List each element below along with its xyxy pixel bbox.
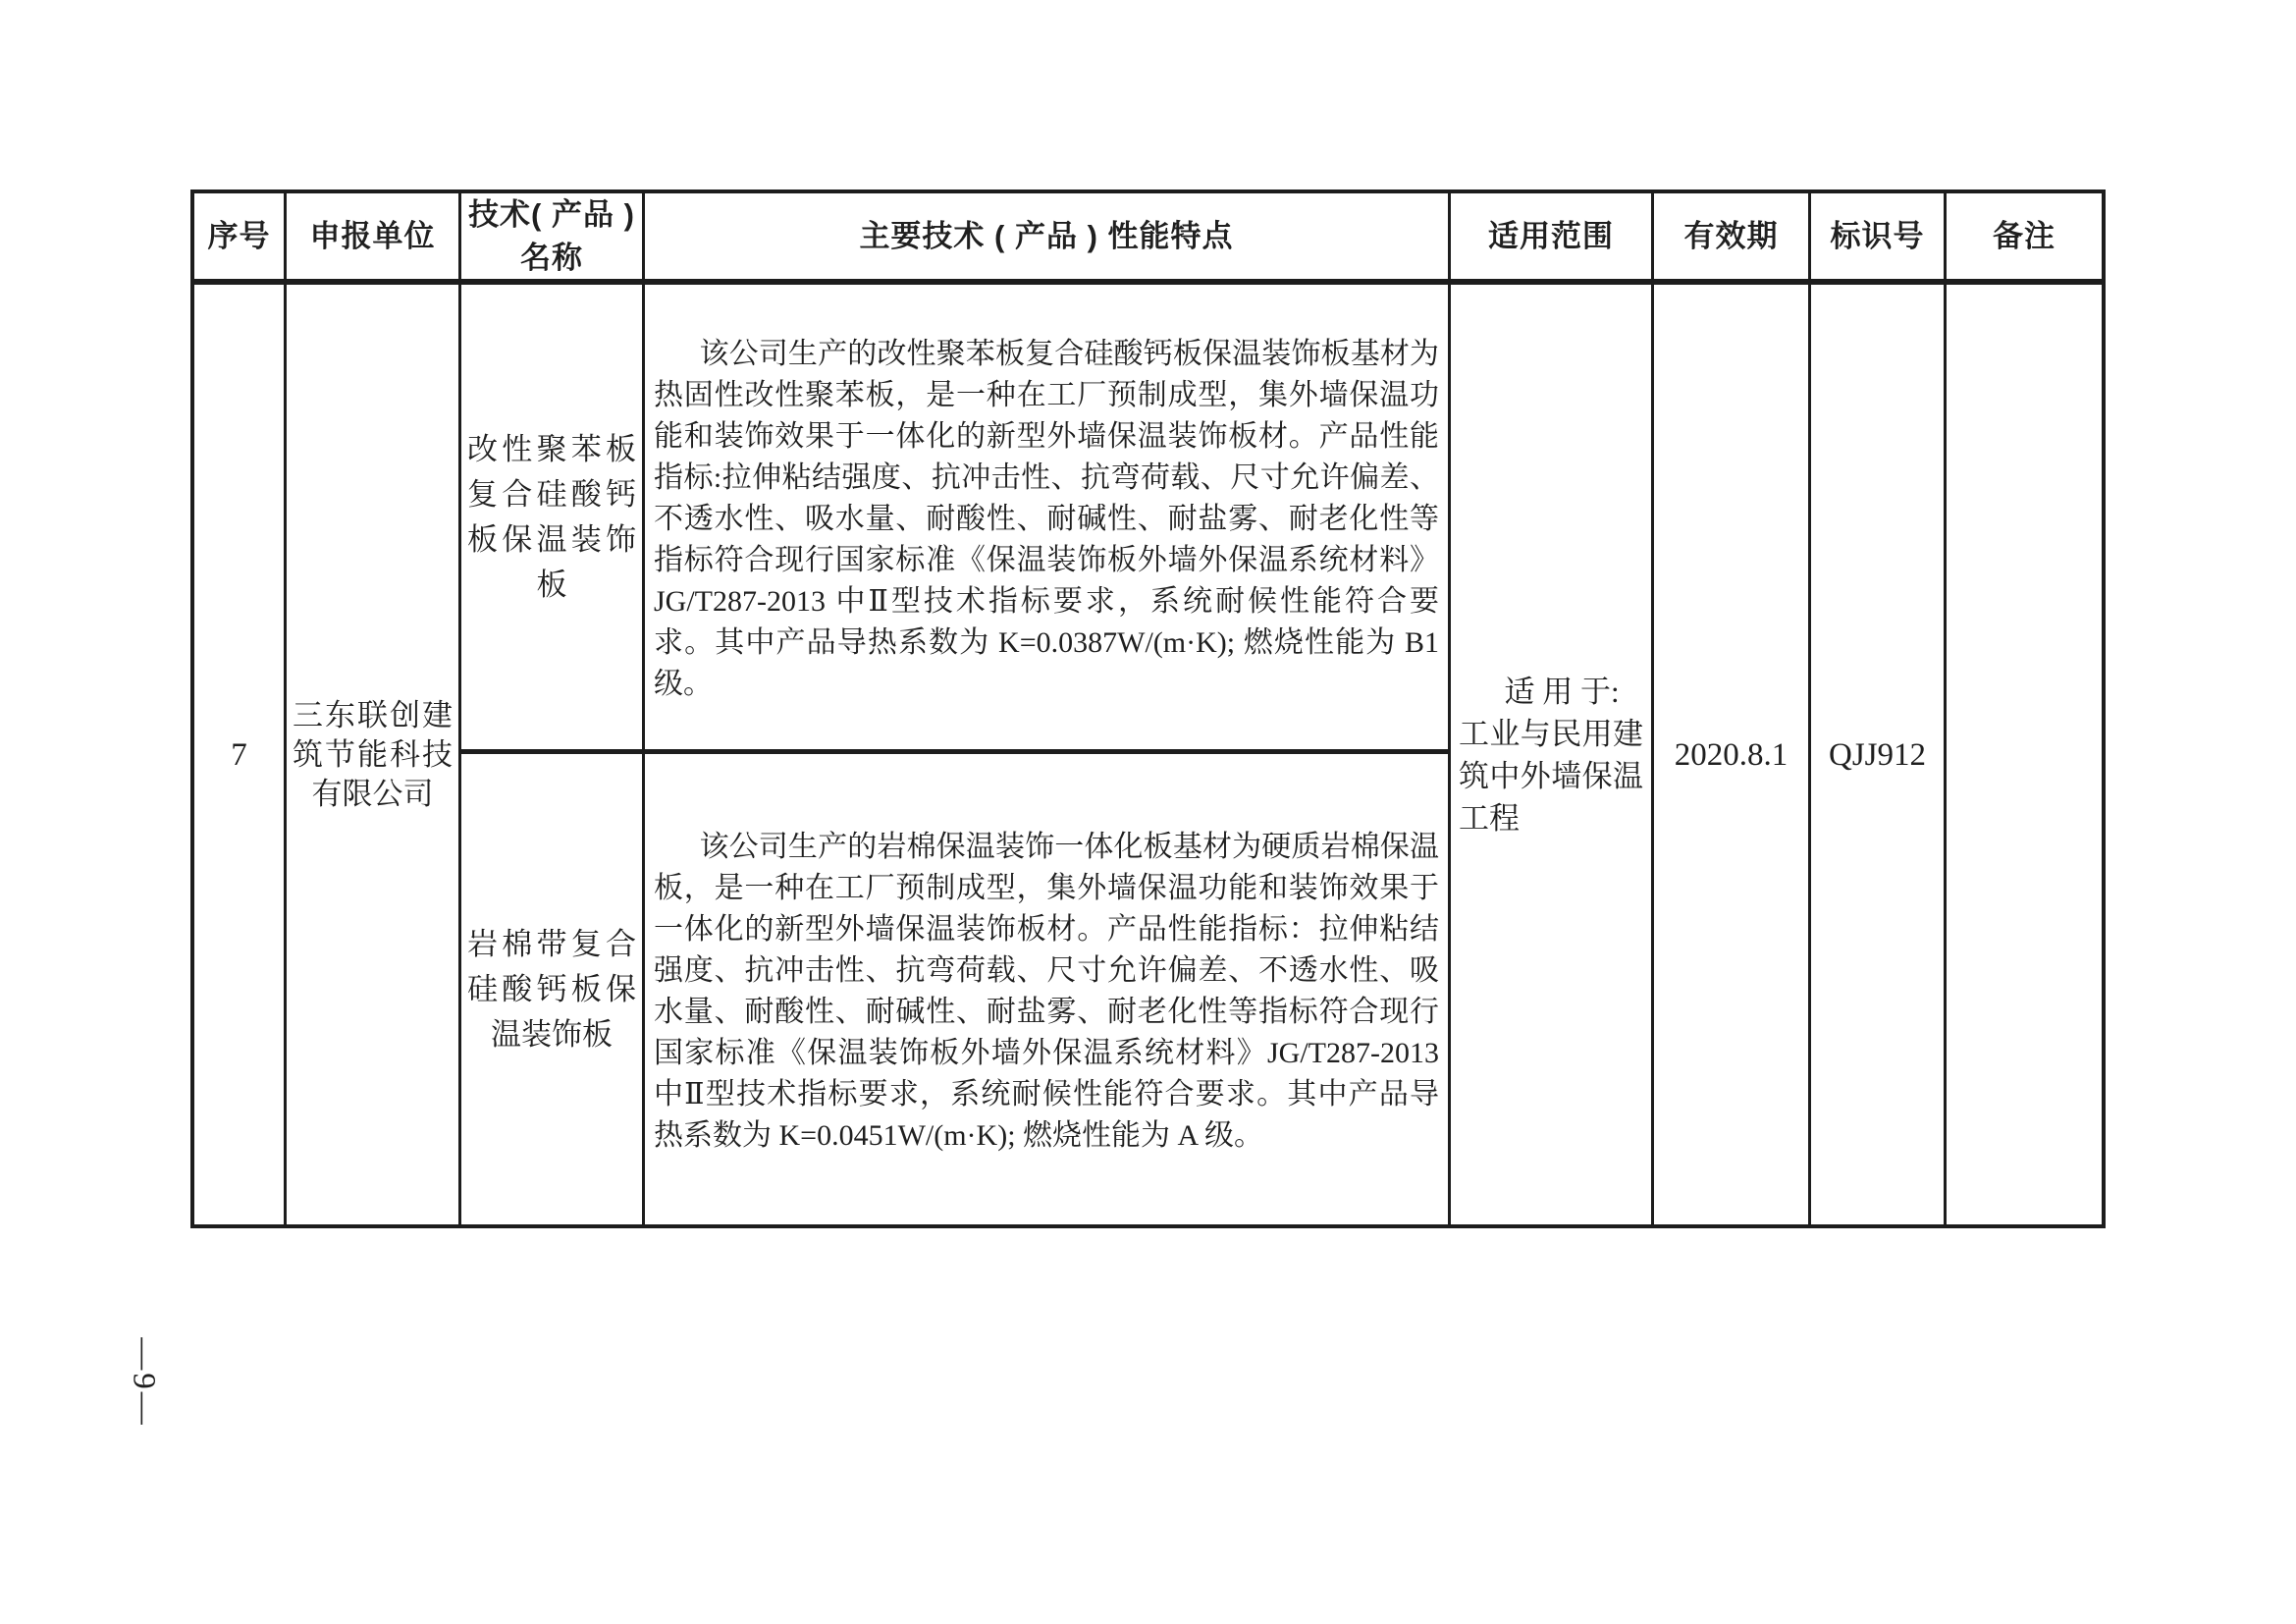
header-validity: 有效期 xyxy=(1654,193,1811,285)
cell-remark xyxy=(1947,285,2102,1224)
cell-product1-name: 改性聚苯板复合硅酸钙板保温装饰板 xyxy=(461,285,645,754)
cell-id-number: QJJ912 xyxy=(1811,285,1947,1224)
product1-features-text: 该公司生产的改性聚苯板复合硅酸钙板保温装饰板基材为热固性改性聚苯板，是一种在工厂… xyxy=(654,334,1439,705)
cell-seq-number: 7 xyxy=(194,285,287,1224)
cell-product1-features: 该公司生产的改性聚苯板复合硅酸钙板保温装饰板基材为热固性改性聚苯板，是一种在工厂… xyxy=(645,285,1451,754)
header-seq: 序号 xyxy=(194,193,287,285)
product2-features-text: 该公司生产的岩棉保温装饰一体化板基材为硬质岩棉保温板，是一种在工厂预制成型，集外… xyxy=(654,827,1439,1157)
product1-name-text: 改性聚苯板复合硅酸钙板保温装饰板 xyxy=(467,427,636,608)
header-scope: 适用范围 xyxy=(1451,193,1654,285)
cell-scope: 适 用 于: 工业与民用建筑中外墙保温工程 xyxy=(1451,285,1654,1224)
header-remark: 备注 xyxy=(1947,193,2102,285)
cell-validity: 2020.8.1 xyxy=(1654,285,1811,1224)
product2-name-text: 岩棉带复合硅酸钙板保温装饰板 xyxy=(467,922,636,1057)
cell-product2-name: 岩棉带复合硅酸钙板保温装饰板 xyxy=(461,754,645,1224)
page-number: —9— xyxy=(126,1337,162,1428)
header-features: 主要技术 ( 产品 ) 性能特点 xyxy=(645,193,1451,285)
scope-line1: 适 用 于: xyxy=(1459,671,1643,713)
header-applicant: 申报单位 xyxy=(287,193,461,285)
header-tech-name: 技术( 产品 ) 名称 xyxy=(461,193,645,285)
cell-product2-features: 该公司生产的岩棉保温装饰一体化板基材为硬质岩棉保温板，是一种在工厂预制成型，集外… xyxy=(645,754,1451,1224)
applicant-name: 三东联创建筑节能科技有限公司 xyxy=(287,696,458,814)
approval-table: 序号 申报单位 技术( 产品 ) 名称 主要技术 ( 产品 ) 性能特点 适用范… xyxy=(190,189,2106,1228)
cell-applicant: 三东联创建筑节能科技有限公司 xyxy=(287,285,461,1224)
header-id-number: 标识号 xyxy=(1811,193,1947,285)
scope-rest: 工业与民用建筑中外墙保温工程 xyxy=(1459,713,1643,839)
